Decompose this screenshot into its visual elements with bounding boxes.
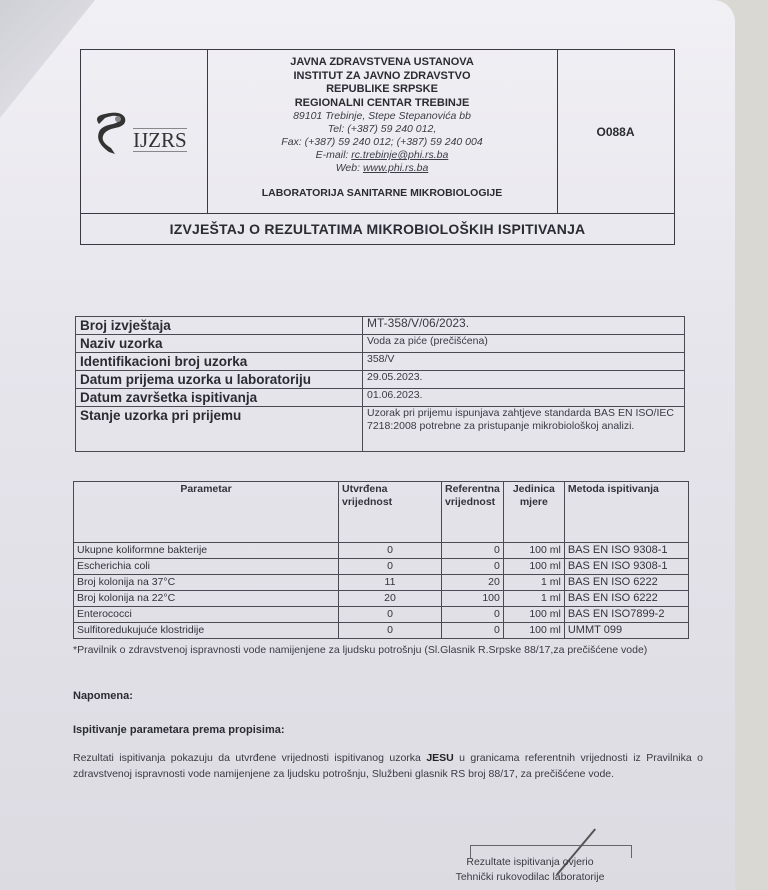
result-row: Ukupne koliformne bakterije00100 mlBAS E… [74, 543, 689, 559]
telephone: Tel: (+387) 59 240 012, [207, 123, 557, 136]
result-row: Broj kolonija na 22°C201001 mlBAS EN ISO… [74, 591, 689, 607]
result-row: Escherichia coli00100 mlBAS EN ISO 9308-… [74, 559, 689, 575]
conclusion-text: Rezultati ispitivanja pokazuju da utvrđe… [73, 751, 703, 782]
info-row: Broj izvještajaMT-358/V/06/2023. [76, 317, 685, 335]
signature-block: Rezultate ispitivanja ovjerio Tehnički r… [430, 855, 630, 885]
logo-cell: IJZRS [81, 50, 208, 213]
footnote: *Pravilnik o zdravstvenoj ispravnosti vo… [73, 643, 703, 657]
conclusion-label: Ispitivanje parametara prema propisima: [73, 724, 285, 736]
report-header: IJZRS JAVNA ZDRAVSTVENA USTANOVA INSTITU… [80, 49, 675, 245]
institution-name: JAVNA ZDRAVSTVENA USTANOVA INSTITUT ZA J… [207, 56, 557, 110]
contact-info: 89101 Trebinje, Stepe Stepanovića bb Tel… [207, 110, 557, 175]
report-title: IZVJEŠTAJ O REZULTATIMA MIKROBIOLOŠKIH I… [81, 213, 674, 244]
email-link[interactable]: rc.trebinje@phi.rs.ba [351, 149, 448, 161]
laboratory-name: LABORATORIJA SANITARNE MIKROBIOLOGIJE [207, 187, 557, 199]
sample-info-table: Broj izvještajaMT-358/V/06/2023. Naziv u… [75, 316, 685, 452]
info-row: Datum završetka ispitivanja01.06.2023. [76, 389, 685, 407]
results-table: Parametar Utvrđena vrijednost Referentna… [73, 481, 689, 639]
ijzrs-logo: IJZRS [91, 102, 201, 162]
institution-info: JAVNA ZDRAVSTVENA USTANOVA INSTITUT ZA J… [207, 50, 558, 213]
document-page: IJZRS JAVNA ZDRAVSTVENA USTANOVA INSTITU… [0, 0, 735, 890]
result-row: Broj kolonija na 37°C11201 mlBAS EN ISO … [74, 575, 689, 591]
result-row: Enterococci00100 mlBAS EN ISO7899-2 [74, 607, 689, 623]
address: 89101 Trebinje, Stepe Stepanovića bb [207, 110, 557, 123]
ribbon-logo-icon [91, 102, 135, 162]
info-row: Identifikacioni broj uzorka358/V [76, 353, 685, 371]
remark-label: Napomena: [73, 690, 133, 702]
fax: Fax: (+387) 59 240 012; (+387) 59 240 00… [207, 136, 557, 149]
info-row: Datum prijema uzorka u laboratoriju29.05… [76, 371, 685, 389]
web-link[interactable]: www.phi.rs.ba [363, 162, 428, 174]
results-header-row: Parametar Utvrđena vrijednost Referentna… [74, 482, 689, 543]
result-row: Sulfitoredukujuće klostridije00100 mlUMM… [74, 623, 689, 639]
info-row: Naziv uzorkaVoda za piće (prečišćena) [76, 335, 685, 353]
form-code: O088A [557, 50, 674, 213]
logo-text: IJZRS [133, 128, 187, 152]
info-row: Stanje uzorka pri prijemuUzorak pri prij… [76, 407, 685, 452]
